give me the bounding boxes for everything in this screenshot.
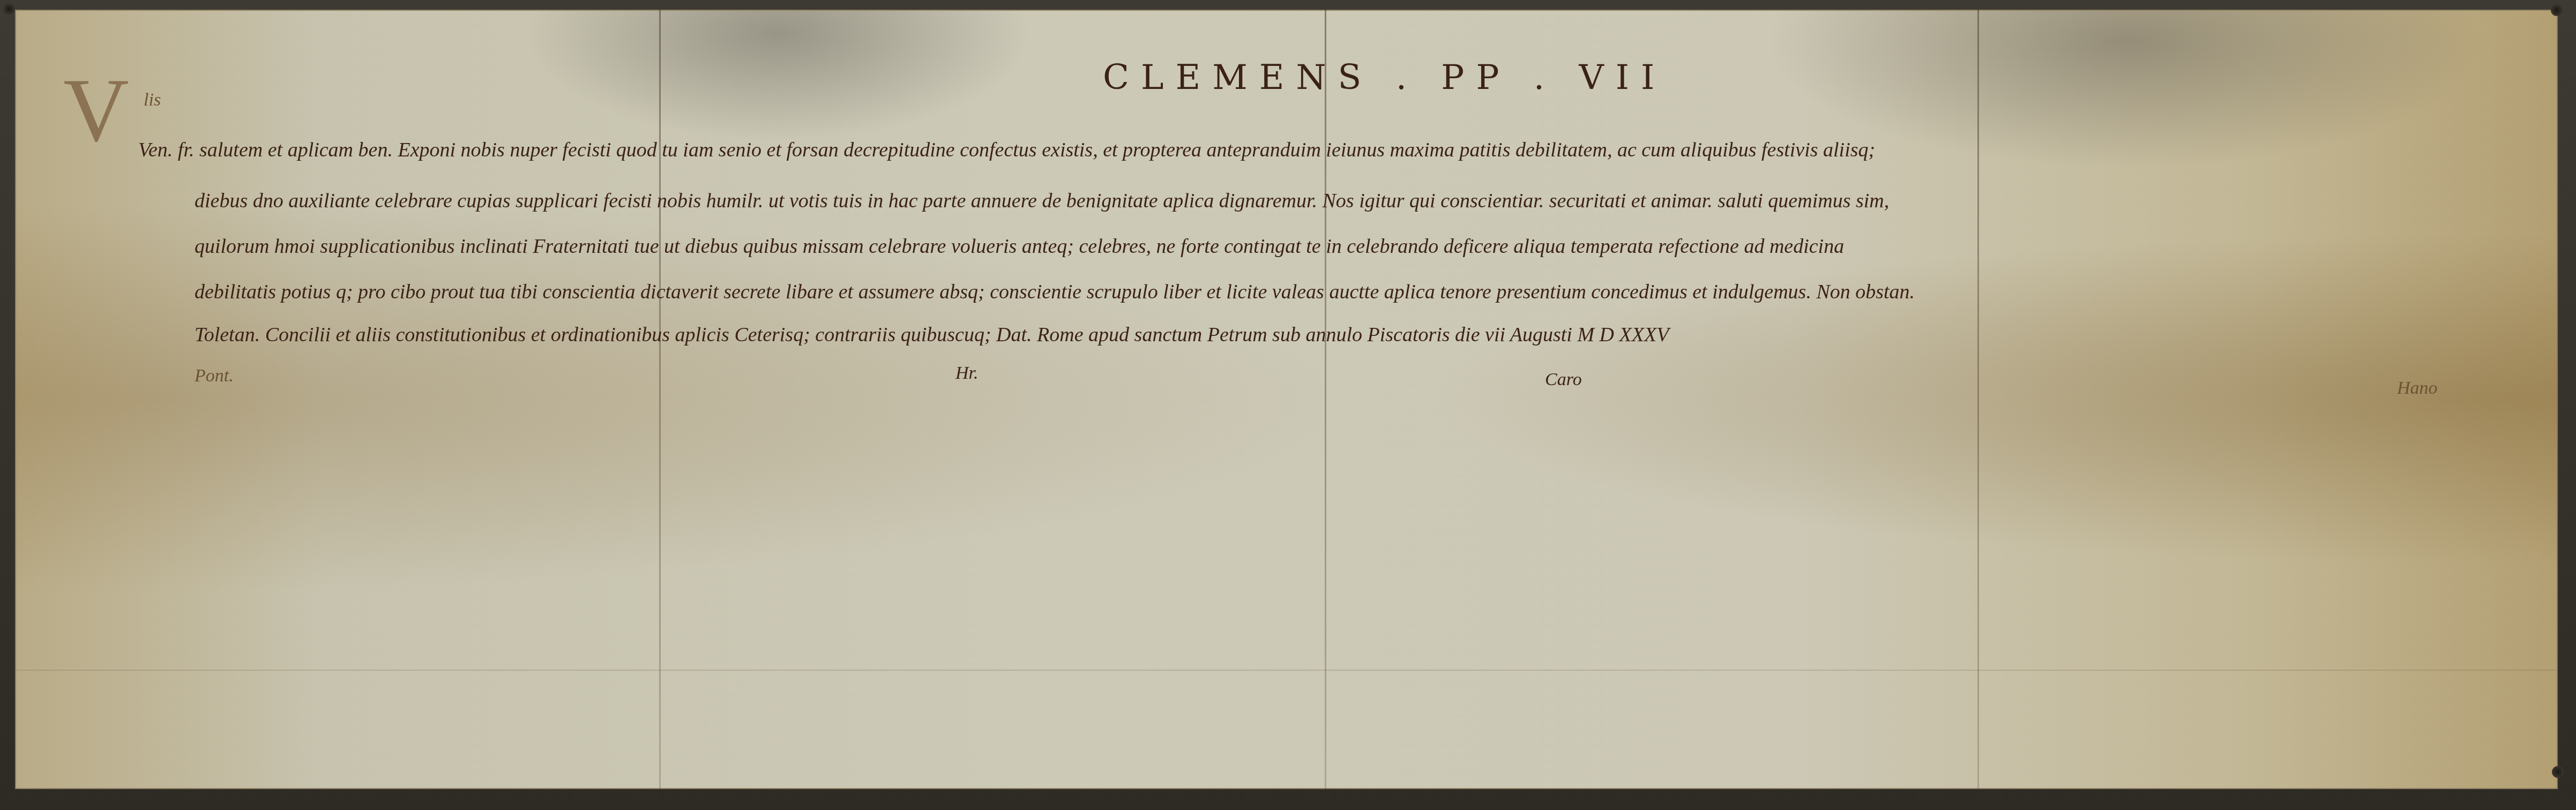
mounting-board: V CLEMENS . PP . VII lis Ven. fr. salute… xyxy=(0,0,2576,810)
footer-hr: Hr. xyxy=(955,363,979,384)
text-line-0: lis xyxy=(144,90,161,110)
text-line-3: quilorum hmoi supplicationibus inclinati… xyxy=(195,235,1844,258)
footer-caro-signature: Caro xyxy=(1545,370,1582,390)
text-line-2: diebus dno auxiliante celebrare cupias s… xyxy=(195,189,1889,213)
pin-hole-icon xyxy=(2552,766,2564,778)
fold-line-horizontal xyxy=(15,670,2558,671)
footer-pont: Pont. xyxy=(195,366,234,386)
fold-line xyxy=(1325,10,1326,789)
fold-line xyxy=(659,10,661,789)
text-line-4: debilitatis potius q; pro cibo prout tua… xyxy=(195,280,1915,304)
decorated-initial: V xyxy=(63,58,129,162)
text-line-1: Ven. fr. salutem et aplicam ben. Exponi … xyxy=(138,138,1875,162)
footer-hano: Hano xyxy=(2397,378,2438,399)
pin-hole-icon xyxy=(2551,4,2563,16)
document-heading: CLEMENS . PP . VII xyxy=(1103,58,1666,97)
parchment-sheet: V CLEMENS . PP . VII lis Ven. fr. salute… xyxy=(15,10,2558,789)
text-line-5: Toletan. Concilii et aliis constitutioni… xyxy=(195,323,1669,347)
fold-line xyxy=(1977,10,1979,789)
pin-hole-icon xyxy=(3,3,15,15)
